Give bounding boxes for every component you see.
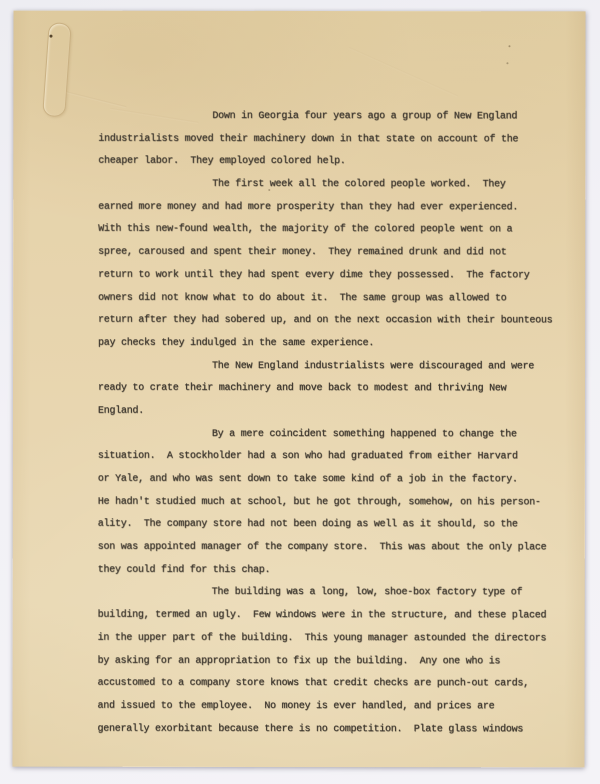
typed-line: He hadn't studied much at school, but he… [98,491,568,514]
typed-line: by asking for an appropriation to fix up… [98,650,568,673]
typed-line: By a mere coincident something happened … [98,423,568,446]
typed-line: in the upper part of the building. This … [98,628,568,651]
typed-line: return to work until they had spent ever… [98,265,568,288]
typed-line: Down in Georgia four years ago a group o… [98,106,568,129]
typed-line: accustomed to a company store knows that… [98,673,568,696]
ink-speck [506,62,508,64]
typed-line: ality. The company store had not been do… [98,514,568,537]
typed-line: owners did not know what to do about it.… [98,287,568,310]
typed-line: The building was a long, low, shoe-box f… [98,582,568,605]
scan-background: Down in Georgia four years ago a group o… [0,0,600,784]
typed-line: son was appointed manager of the company… [98,537,568,560]
ink-speck [508,45,510,47]
typed-line: With this new-found wealth, the majority… [98,219,568,242]
typed-line: The first week all the colored people wo… [98,174,568,197]
typed-line: industrialists moved their machinery dow… [98,128,568,151]
typed-line: spree, caroused and spent their money. T… [98,242,568,265]
typed-line: England. [98,401,568,424]
typed-line: pay checks they indulged in the same exp… [98,333,568,356]
typed-text: Down in Georgia four years ago a group o… [98,106,569,742]
typed-line: generally exorbitant because there is no… [98,718,568,741]
typed-line: ready to crate their machinery and move … [98,378,568,401]
ink-speck [49,35,52,38]
typed-line: or Yale, and who was sent down to take s… [98,469,568,492]
typed-line: building, termed an ugly. Few windows we… [98,605,568,628]
typed-line: and issued to the employee. No money is … [98,696,568,719]
typed-line: they could find for this chap. [98,559,568,582]
typed-line: return after they had sobered up, and on… [98,310,568,333]
document-page: Down in Georgia four years ago a group o… [12,11,585,768]
typed-line: earned more money and had more prosperit… [98,196,568,219]
typed-line: cheaper labor. They employed colored hel… [98,151,568,174]
typed-line: The New England industrialists were disc… [98,355,568,378]
paper-crease [348,47,458,97]
paperclip-impression [42,22,72,117]
typed-line: situation. A stockholder had a son who h… [98,446,568,469]
